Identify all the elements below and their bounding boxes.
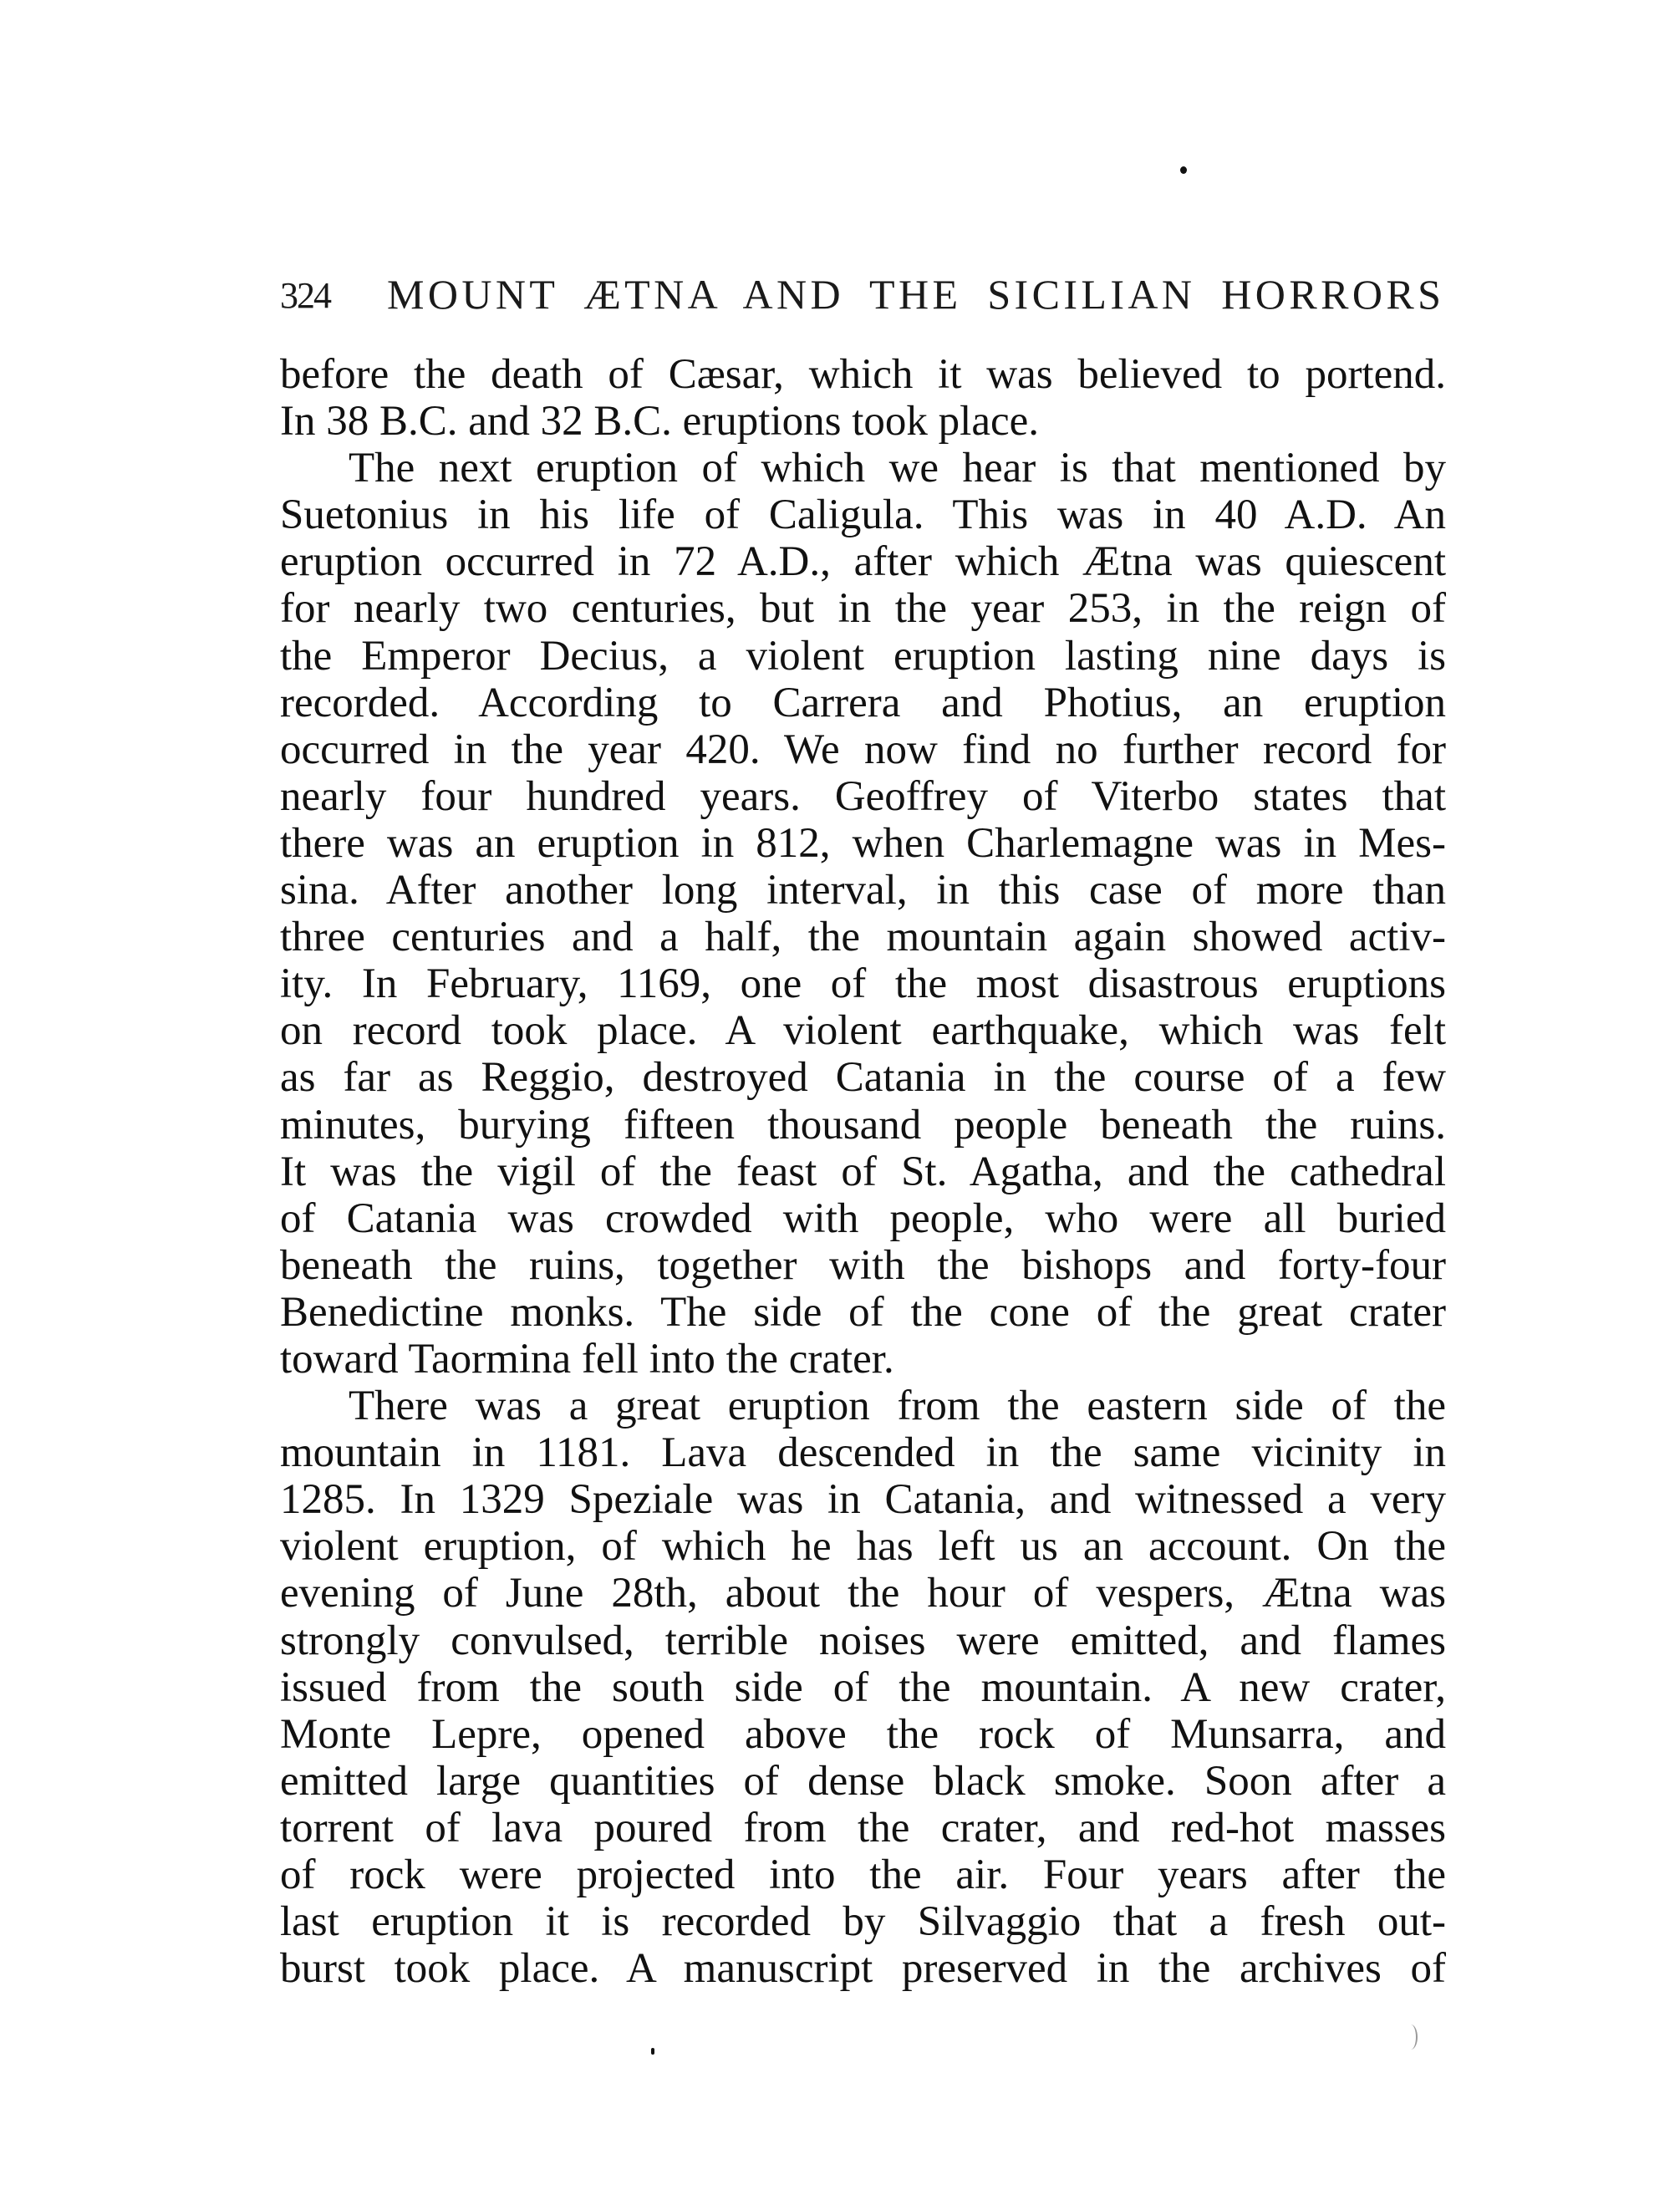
text-line: emitted large quantities of dense black … — [280, 1758, 1446, 1805]
text-line: last eruption it is recorded by Silvaggi… — [280, 1898, 1446, 1945]
text-line: burst took place. A manuscript preserved… — [280, 1945, 1446, 1992]
text-line: beneath the ruins, together with the bis… — [280, 1242, 1446, 1289]
text-line: minutes, burying fifteen thousand people… — [280, 1102, 1446, 1149]
text-line: sina. After another long interval, in th… — [280, 867, 1446, 914]
scan-speck-top — [1180, 166, 1187, 174]
text-line: recorded. According to Carrera and Photi… — [280, 680, 1446, 726]
scan-curl-mark — [1404, 2025, 1418, 2050]
text-line: toward Taormina fell into the crater. — [280, 1336, 1446, 1383]
text-line: on record took place. A violent earthqua… — [280, 1007, 1446, 1054]
text-line: Suetonius in his life of Caligula. This … — [280, 491, 1446, 538]
text-line: of Catania was crowded with people, who … — [280, 1195, 1446, 1242]
text-line: It was the vigil of the feast of St. Aga… — [280, 1149, 1446, 1195]
scan-speck-bottom — [651, 2048, 654, 2055]
text-line: there was an eruption in 812, when Charl… — [280, 820, 1446, 867]
text-line: Monte Lepre, opened above the rock of Mu… — [280, 1711, 1446, 1758]
text-line: evening of June 28th, about the hour of … — [280, 1570, 1446, 1617]
text-line: of rock were projected into the air. Fou… — [280, 1851, 1446, 1898]
text-line: violent eruption, of which he has left u… — [280, 1523, 1446, 1570]
text-line: strongly convulsed, terrible noises were… — [280, 1617, 1446, 1664]
text-line: issued from the south side of the mounta… — [280, 1664, 1446, 1711]
text-line: the Emperor Decius, a violent eruption l… — [280, 633, 1446, 680]
text-line: 1285. In 1329 Speziale was in Catania, a… — [280, 1476, 1446, 1523]
text-line: occurred in the year 420. We now find no… — [280, 726, 1446, 773]
text-line: In 38 B.C. and 32 B.C. eruptions took pl… — [280, 398, 1446, 445]
text-line: as far as Reggio, destroyed Catania in t… — [280, 1054, 1446, 1101]
body-text: before the death of Cæsar, which it was … — [280, 351, 1446, 1992]
text-line: torrent of lava poured from the crater, … — [280, 1805, 1446, 1851]
paragraph-start-line: There was a great eruption from the east… — [280, 1383, 1446, 1429]
text-line: three centuries and a half, the mountain… — [280, 914, 1446, 960]
text-line: ity. In February, 1169, one of the most … — [280, 960, 1446, 1007]
text-line: before the death of Cæsar, which it was … — [280, 351, 1446, 398]
page-number: 324 — [280, 271, 330, 321]
text-line: mountain in 1181. Lava descended in the … — [280, 1429, 1446, 1476]
running-header: 324 MOUNT ÆTNA AND THE SICILIAN HORRORS — [280, 269, 1341, 319]
text-line: Benedictine monks. The side of the cone … — [280, 1289, 1446, 1336]
text-line: for nearly two centuries, but in the yea… — [280, 585, 1446, 632]
text-line: eruption occurred in 72 A.D., after whic… — [280, 538, 1446, 585]
running-title: MOUNT ÆTNA AND THE SICILIAN HORRORS — [387, 269, 1444, 319]
paragraph-start-line: The next eruption of which we hear is th… — [280, 445, 1446, 491]
text-line: nearly four hundred years. Geoffrey of V… — [280, 773, 1446, 820]
book-page: 324 MOUNT ÆTNA AND THE SICILIAN HORRORS … — [0, 0, 1680, 2185]
